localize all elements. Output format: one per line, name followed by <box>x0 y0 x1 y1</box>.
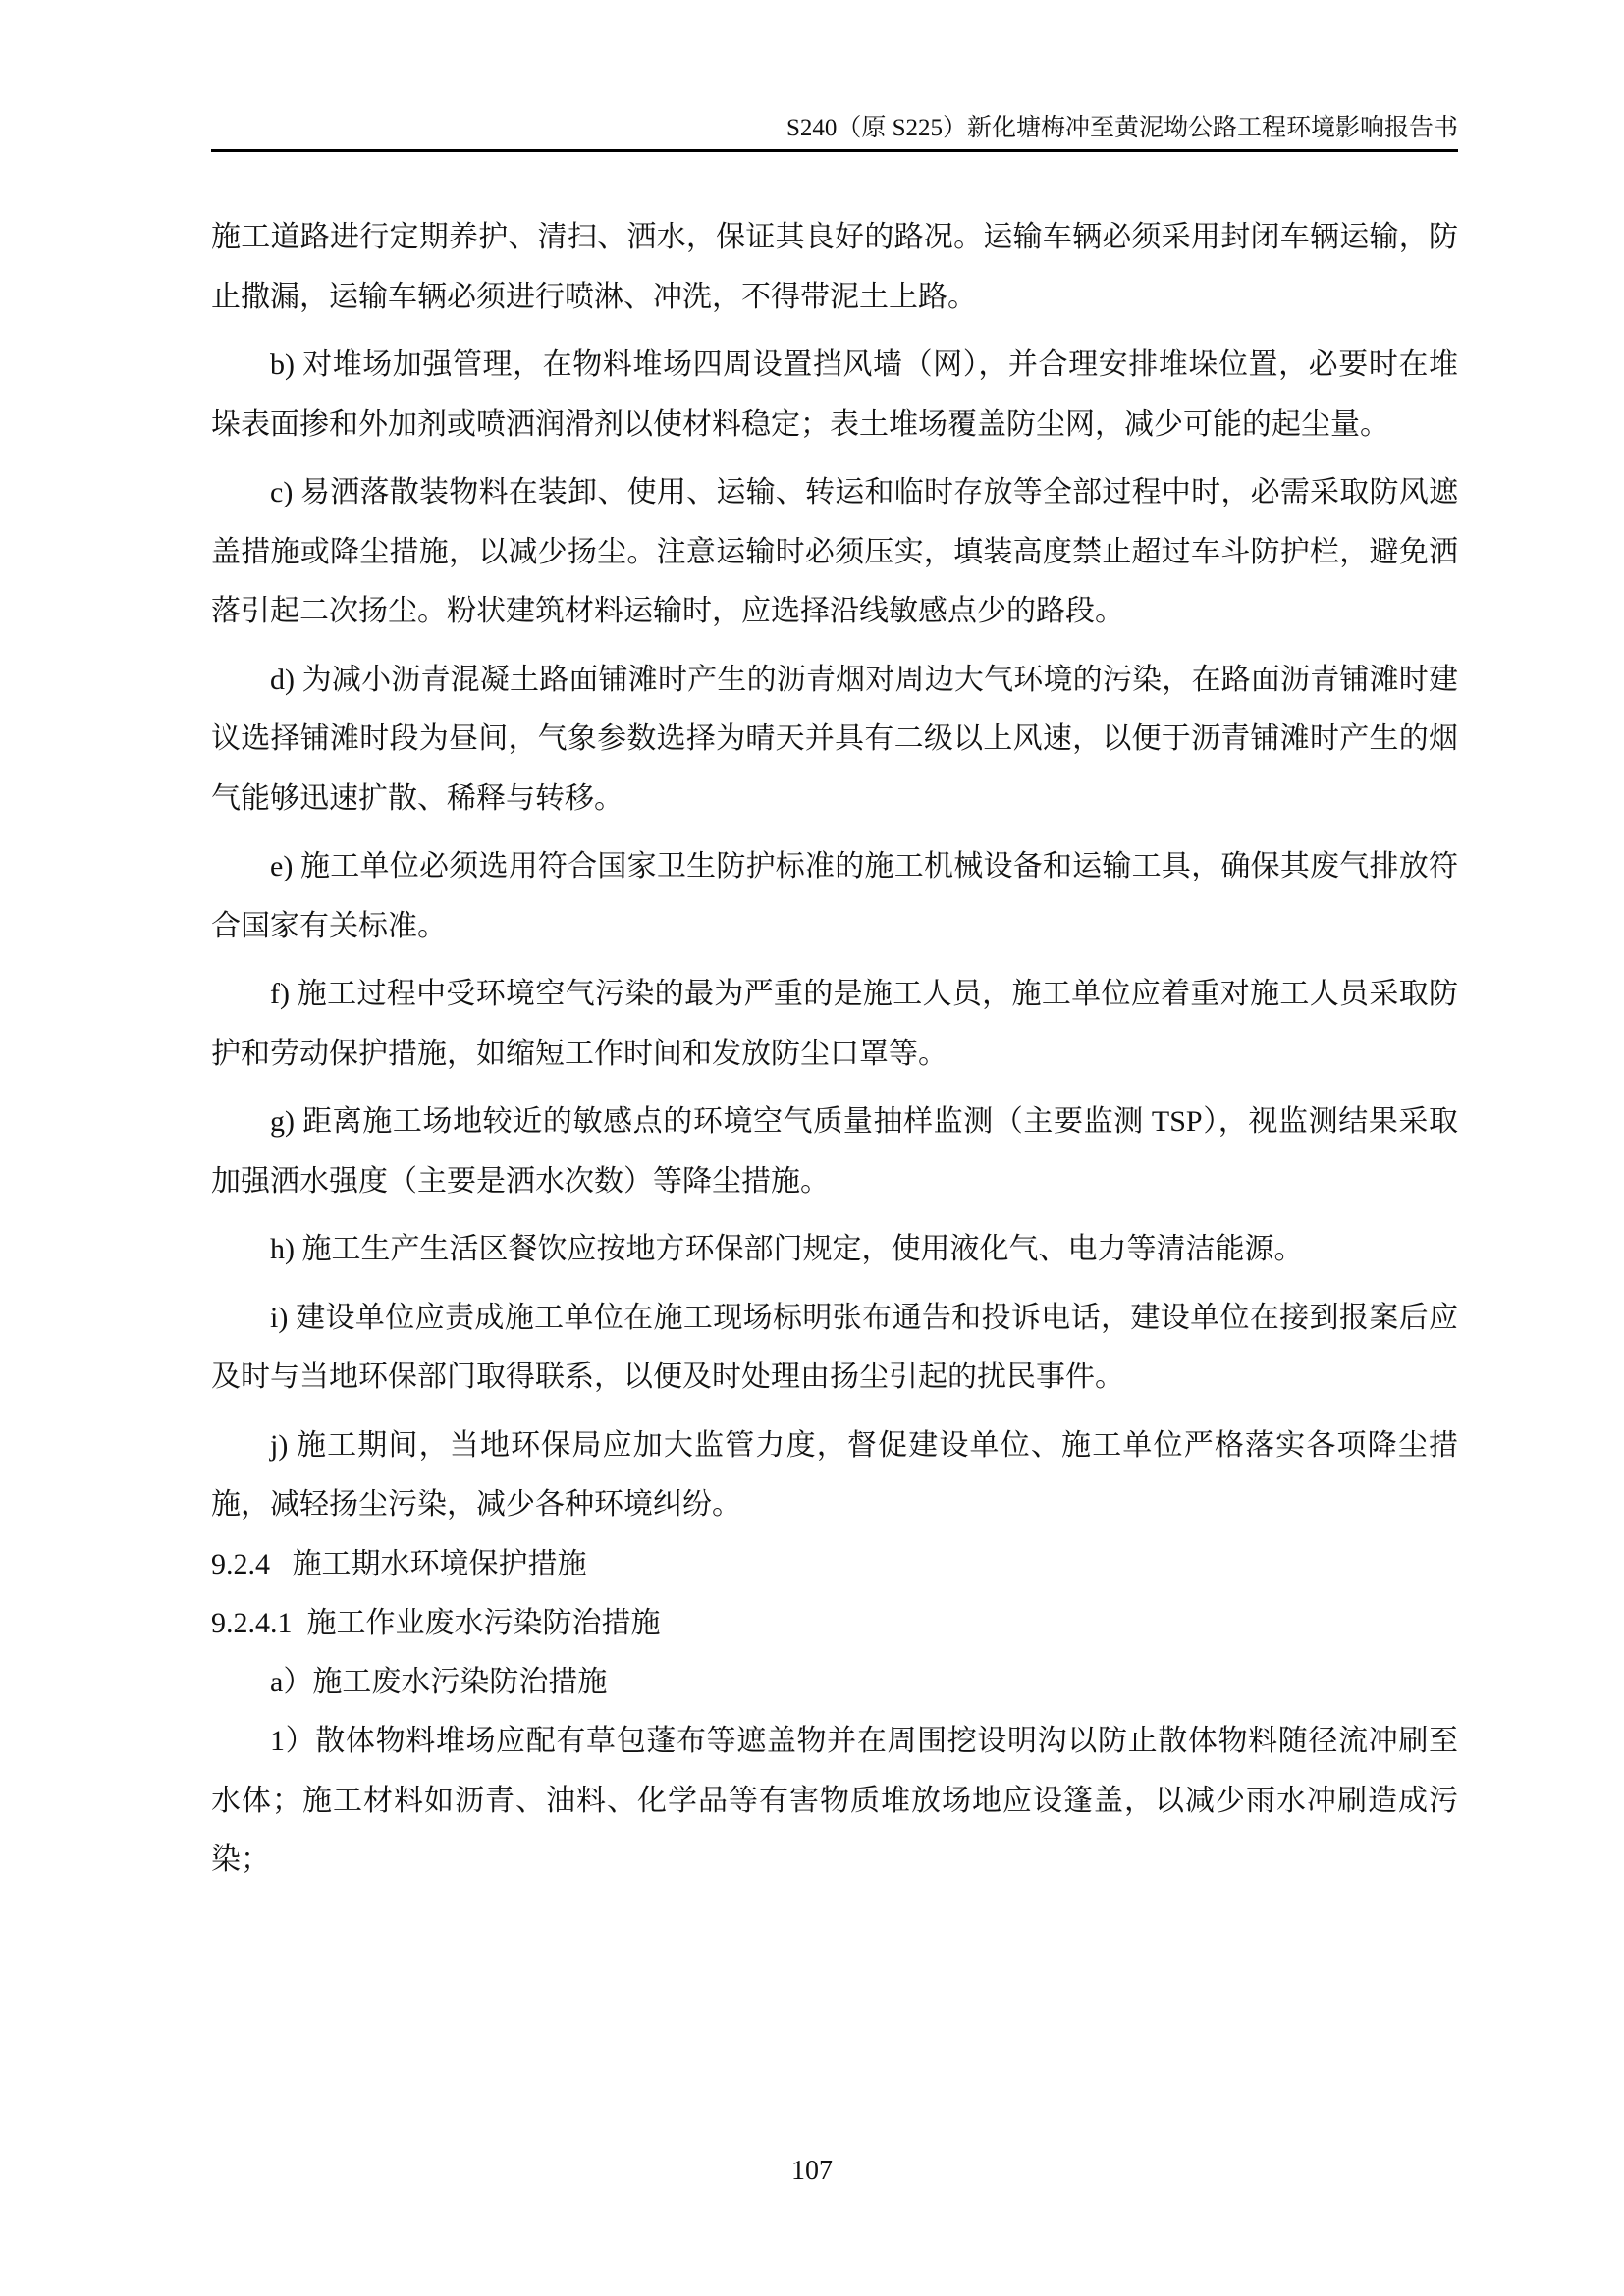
section-title: 施工期水环境保护措施 <box>293 1548 587 1580</box>
header-divider <box>211 149 1458 152</box>
section-number: 9.2.4.1 <box>211 1607 293 1639</box>
section-title: 施工作业废水污染防治措施 <box>307 1607 661 1639</box>
paragraph-f: f) 施工过程中受环境空气污染的最为严重的是施工人员，施工单位应着重对施工人员采… <box>211 965 1458 1084</box>
document-body: 施工道路进行定期养护、清扫、洒水，保证其良好的路况。运输车辆必须采用封闭车辆运输… <box>211 208 1458 1891</box>
section-heading-9-2-4-1: 9.2.4.1 施工作业废水污染防治措施 <box>211 1594 1458 1653</box>
paragraph-j: j) 施工期间，当地环保局应加大监管力度，督促建设单位、施工单位严格落实各项降尘… <box>211 1416 1458 1535</box>
paragraph-i: i) 建设单位应责成施工单位在施工现场标明张布通告和投诉电话，建设单位在接到报案… <box>211 1289 1458 1408</box>
paragraph: 施工道路进行定期养护、清扫、洒水，保证其良好的路况。运输车辆必须采用封闭车辆运输… <box>211 208 1458 327</box>
section-heading-9-2-4: 9.2.4 施工期水环境保护措施 <box>211 1535 1458 1594</box>
page-number: 107 <box>0 2156 1624 2187</box>
subheading-a: a）施工废水污染防治措施 <box>211 1653 1458 1713</box>
paragraph-1: 1）散体物料堆场应配有草包蓬布等遮盖物并在周围挖设明沟以防止散体物料随径流冲刷至… <box>211 1712 1458 1891</box>
section-number: 9.2.4 <box>211 1548 270 1580</box>
page-header: S240（原 S225）新化塘梅冲至黄泥坳公路工程环境影响报告书 <box>211 108 1458 151</box>
paragraph-d: d) 为减小沥青混凝土路面铺滩时产生的沥青烟对周边大气环境的污染，在路面沥青铺滩… <box>211 651 1458 829</box>
paragraph-h: h) 施工生产生活区餐饮应按地方环保部门规定，使用液化气、电力等清洁能源。 <box>211 1220 1458 1280</box>
document-title: S240（原 S225）新化塘梅冲至黄泥坳公路工程环境影响报告书 <box>786 108 1458 143</box>
paragraph-g: g) 距离施工场地较近的敏感点的环境空气质量抽样监测（主要监测 TSP），视监测… <box>211 1093 1458 1211</box>
paragraph-e: e) 施工单位必须选用符合国家卫生防护标准的施工机械设备和运输工具，确保其废气排… <box>211 837 1458 956</box>
paragraph-b: b) 对堆场加强管理，在物料堆场四周设置挡风墙（网），并合理安排堆垛位置，必要时… <box>211 336 1458 454</box>
paragraph-c: c) 易洒落散装物料在装卸、使用、运输、转运和临时存放等全部过程中时，必需采取防… <box>211 463 1458 642</box>
